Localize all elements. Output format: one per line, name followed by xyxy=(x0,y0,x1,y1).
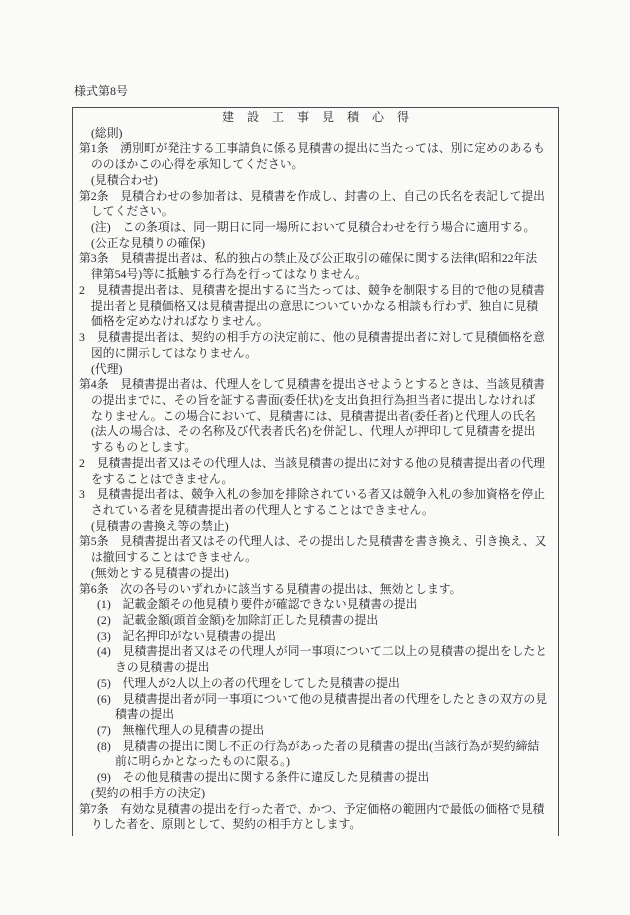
document-title: 建設工事見積心得 xyxy=(73,110,558,126)
document-line: 第3条 見積書提出者は、私的独占の禁止及び公正取引の確保に関する法律(昭和22年… xyxy=(79,251,553,267)
document-line: 第5条 見積書提出者又はその代理人は、その提出した見積書を書き換え、引き換え、又 xyxy=(79,534,553,550)
document-line: (7) 無権代理人の見積書の提出 xyxy=(97,723,553,739)
document-line: (6) 見積書提出者が同一事項について他の見積書提出者の代理をしたときの双方の見 xyxy=(97,692,553,708)
document-line: ののほかこの心得を承知してください。 xyxy=(91,157,553,173)
document-line: 3 見積書提出者は、競争入札の参加を排除されている者又は競争入札の参加資格を停止 xyxy=(79,487,553,503)
document-line: (1) 記載金額その他見積り要件が確認できない見積書の提出 xyxy=(97,597,553,613)
document-line: (公正な見積りの確保) xyxy=(91,236,553,252)
document-line: (代理) xyxy=(91,362,553,378)
document-line: (見積書の書換え等の禁止) xyxy=(91,519,553,535)
document-line: するものとします。 xyxy=(91,440,553,456)
document-line: 価格を定めなければなりません。 xyxy=(91,314,553,330)
document-line: してください。 xyxy=(91,204,553,220)
document-line: 提出者と見積価格又は見積書提出の意思についていかなる相談も行わず、独自に見積 xyxy=(91,299,553,315)
form-number-label: 様式第8号 xyxy=(74,84,128,98)
document-line: をすることはできません。 xyxy=(91,472,553,488)
document-border-box: 建設工事見積心得 (総則)第1条 湧別町が発注する工事請負に係る見積書の提出に当… xyxy=(72,107,559,836)
document-line: 第6条 次の各号のいずれかに該当する見積書の提出は、無効とします。 xyxy=(79,582,553,598)
document-line: (注) この条項は、同一期日に同一場所において見積合わせを行う場合に適用する。 xyxy=(91,220,553,236)
document-line: 第1条 湧別町が発注する工事請負に係る見積書の提出に当たっては、別に定めのあるも xyxy=(79,141,553,157)
document-line: 図的に開示してはなりません。 xyxy=(91,346,553,362)
document-line: きの見積書の提出 xyxy=(115,660,553,676)
document-line: 律第54号)等に抵触する行為を行ってはなりません。 xyxy=(91,267,553,283)
document-line: は撤回することはできません。 xyxy=(91,550,553,566)
document-body: (総則)第1条 湧別町が発注する工事請負に係る見積書の提出に当たっては、別に定め… xyxy=(73,126,558,833)
document-line: (法人の場合は、その名称及び代表者氏名)を併記し、代理人が押印して見積書を提出 xyxy=(91,424,553,440)
document-line: 積書の提出 xyxy=(115,707,553,723)
document-line: (契約の相手方の決定) xyxy=(91,786,553,802)
document-line: 3 見積書提出者は、契約の相手方の決定前に、他の見積書提出者に対して見積価格を意 xyxy=(79,330,553,346)
document-line: (無効とする見積書の提出) xyxy=(91,566,553,582)
document-line: (総則) xyxy=(91,126,553,142)
document-line: 第4条 見積書提出者は、代理人をして見積書を提出させようとするときは、当該見積書 xyxy=(79,377,553,393)
document-line: 2 見積書提出者又はその代理人は、当該見積書の提出に対する他の見積書提出者の代理 xyxy=(79,456,553,472)
document-line: (5) 代理人が2人以上の者の代理をしてした見積書の提出 xyxy=(97,676,553,692)
document-line: 2 見積書提出者は、見積書を提出するに当たっては、競争を制限する目的で他の見積書 xyxy=(79,283,553,299)
document-line: (2) 記載金額(頭首金額)を加除訂正した見積書の提出 xyxy=(97,613,553,629)
document-line: されている者を見積書提出者の代理人とすることはできません。 xyxy=(91,503,553,519)
document-line: (9) その他見積書の提出に関する条件に違反した見積書の提出 xyxy=(97,770,553,786)
document-line: (見積合わせ) xyxy=(91,173,553,189)
document-line: (3) 記名押印がない見積書の提出 xyxy=(97,629,553,645)
document-page: 様式第8号 建設工事見積心得 (総則)第1条 湧別町が発注する工事請負に係る見積… xyxy=(0,0,630,915)
document-line: (8) 見積書の提出に関し不正の行為があった者の見積書の提出(当該行為が契約締結 xyxy=(97,739,553,755)
document-line: 第2条 見積合わせの参加者は、見積書を作成し、封書の上、自己の氏名を表記して提出 xyxy=(79,189,553,205)
document-line: 前に明らかとなったものに限る。) xyxy=(115,754,553,770)
document-line: りした者を、原則として、契約の相手方とします。 xyxy=(91,817,553,833)
document-line: なりません。この場合において、見積書には、見積書提出者(委任者)と代理人の氏名 xyxy=(91,409,553,425)
document-line: の提出までに、その旨を証する書面(委任状)を支出負担行為担当者に提出しなければ xyxy=(91,393,553,409)
document-line: 第7条 有効な見積書の提出を行った者で、かつ、予定価格の範囲内で最低の価格で見積 xyxy=(79,802,553,818)
document-line: (4) 見積書提出者又はその代理人が同一事項について二以上の見積書の提出をしたと xyxy=(97,644,553,660)
